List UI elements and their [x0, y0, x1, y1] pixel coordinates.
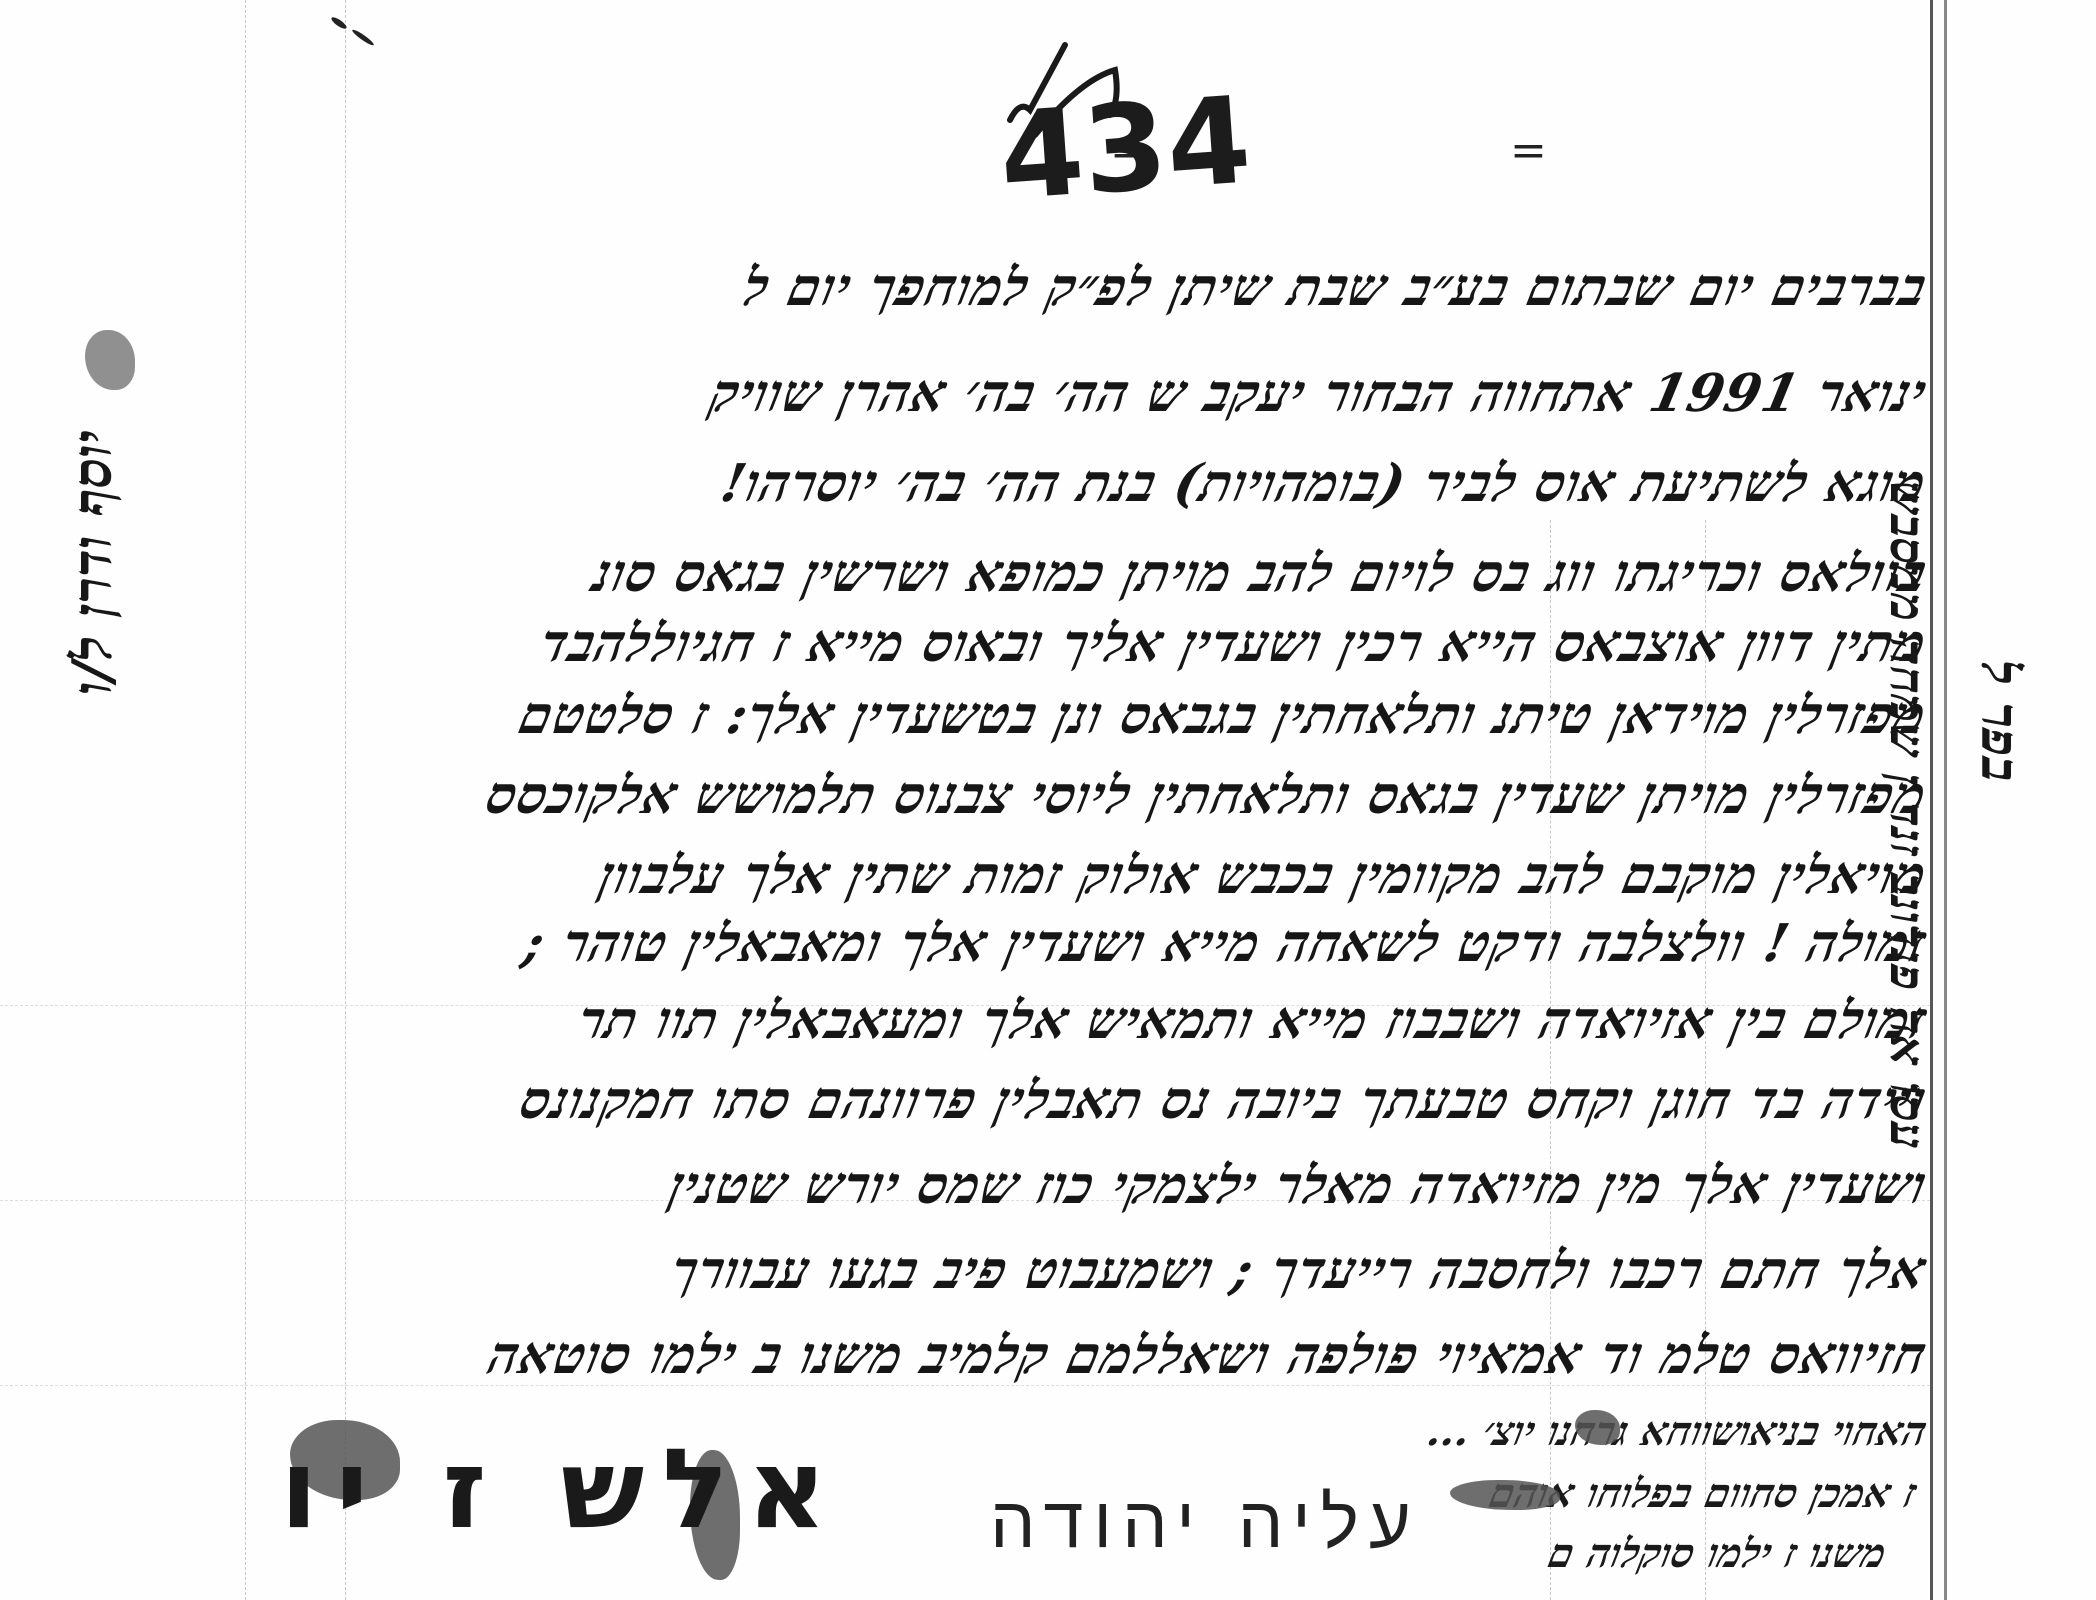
right-margin-note-short: בפר ל [1969, 660, 2030, 781]
body-line: ושעדין אלך מין מזיואדה מאלר ילצמקי כוז ש… [664, 1160, 1931, 1212]
closing-line: האחוי בניאושווחא גרחנו יוצ׳ ... [1423, 1408, 1931, 1455]
signature-outlined-name: עליה יהודה [990, 1480, 1421, 1564]
body-line: ינואר 1991 אתחווה הבחור יעקב ש הה׳ בה׳ א… [705, 368, 1931, 420]
signature: אלש ז יו [280, 1425, 845, 1553]
body-line: מפזרלין מוידאן טיתנ ותלאחתין בגבאס ונן ב… [515, 690, 1932, 742]
vertical-rule-line [345, 0, 346, 1600]
ink-blot [85, 330, 135, 390]
body-line: מויאלין מוקבם להב מקוומין בכבש אולוק זמו… [594, 850, 1931, 902]
page-number: 434 [995, 71, 1255, 227]
body-line: אלך חתם רכבו ולחסבה רייעדך ; ושמעבוט פיב… [667, 1245, 1932, 1297]
body-line: מוגא לשתיעת אוס לביר (בומהויות) בנת הה׳ … [717, 458, 1932, 510]
closing-line: משנו ז ילמו סוקלוה ם [1544, 1530, 1891, 1577]
margin-double-line [1944, 0, 1947, 1600]
scanned-letter-page: = 434 = בברבים יום שבתום בע״ב שבת שיתן ל… [0, 0, 2096, 1600]
header-equals-mark: = [1510, 125, 1547, 176]
vertical-rule-line [245, 0, 246, 1600]
right-margin-note: עסו אה פנדונב זנד ן שמחה ממסבש [1879, 480, 1935, 1149]
body-line: חזיוואס טלמ וד אמאיוי פולפה ושאללמם קלמי… [483, 1330, 1931, 1382]
left-margin-note: יוסף ודרן ל/ו [60, 430, 124, 695]
body-line: זמולם בין אזיואדה ושבבוז מייא ותמאיש אלך… [573, 995, 1931, 1047]
body-line: בוולאס וכריגתו ווג בס לויום להב מויתן כמ… [588, 548, 1931, 600]
body-line: מפזרלין מויתן שעדין בגאס ותלאחתין ליוסי … [481, 770, 1931, 822]
body-line: זמולה ! וולצלבה ודקט לשאחה מייא ושעדין א… [519, 918, 1932, 970]
stray-mark [351, 28, 375, 47]
body-line: ויידה בד חוגן וקחס טבעתך ביובה נס תאבלין… [516, 1075, 1932, 1127]
body-line: בברבים יום שבתום בע״ב שבת שיתן לפ״ק למוח… [739, 262, 1932, 314]
ink-blot [1450, 1480, 1560, 1510]
body-line: מתין דוון אוצבאס הייא רכין ושעדין אליך ו… [536, 618, 1932, 670]
